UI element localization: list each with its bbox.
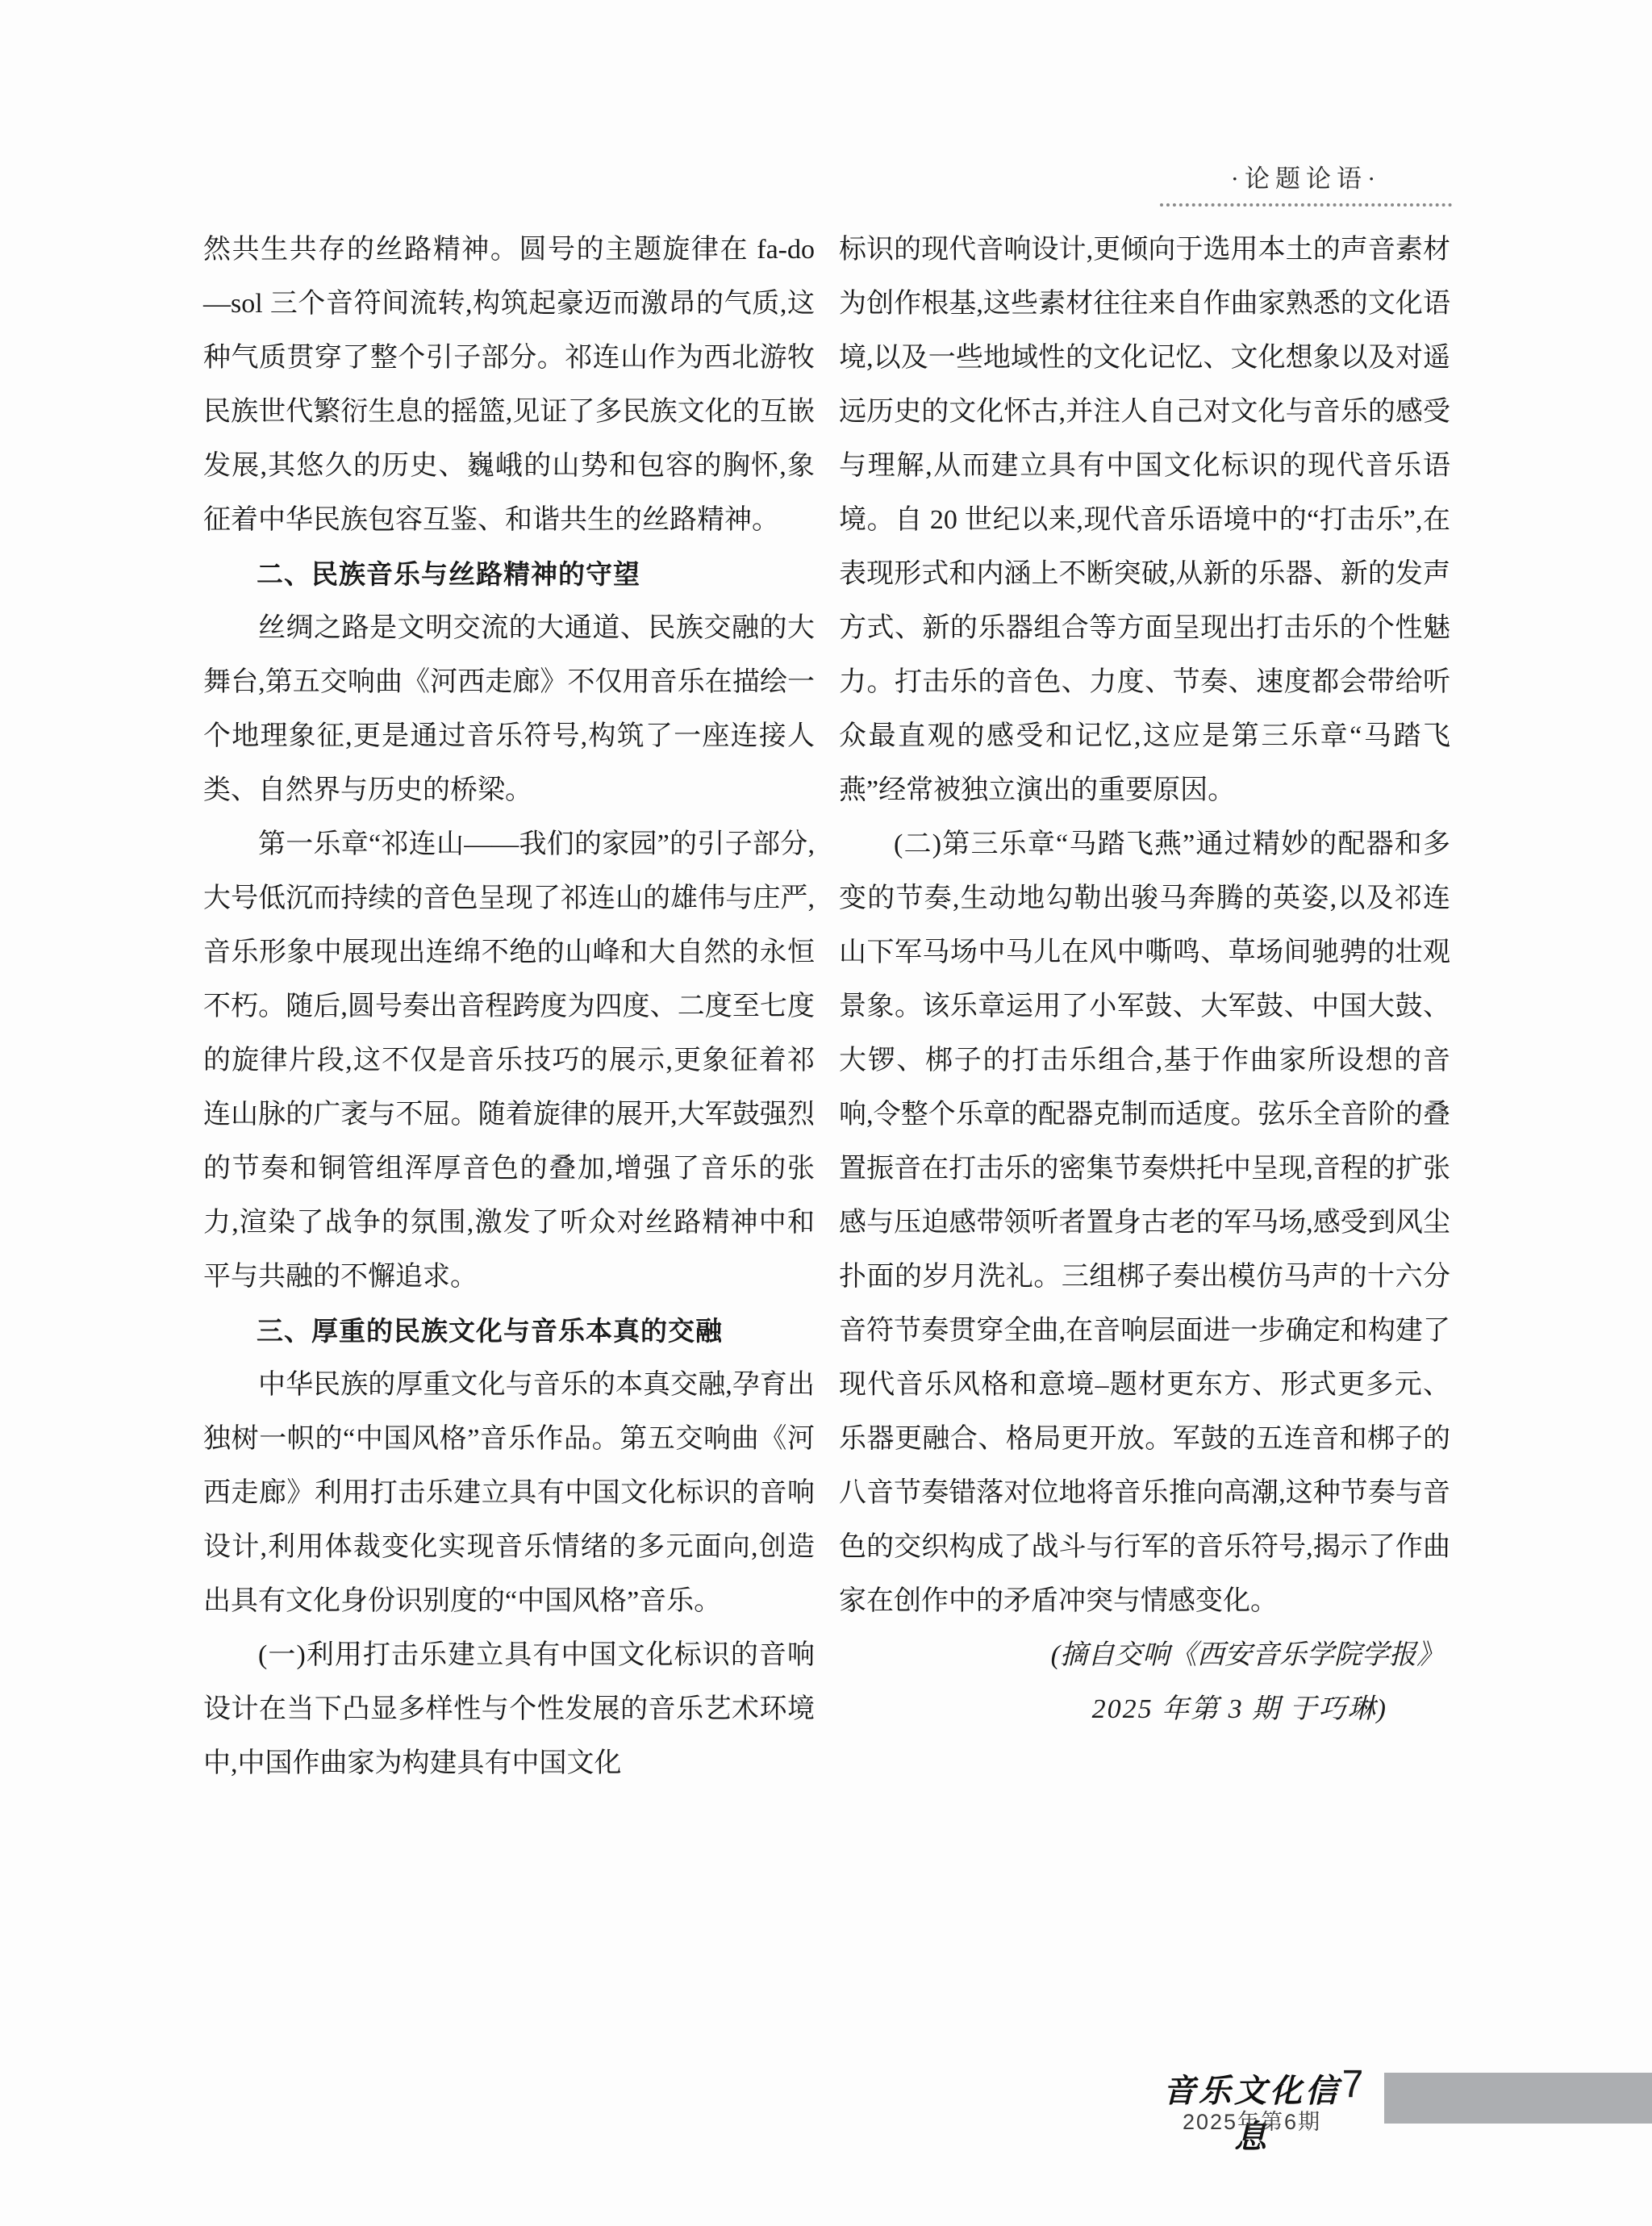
paragraph-chinese-style: 中华民族的厚重文化与音乐的本真交融,孕育出独树一帜的“中国风格”音乐作品。第五交… bbox=[203, 1358, 815, 1628]
header-dotted-rule bbox=[1160, 203, 1452, 207]
page-number: 7 bbox=[1325, 2062, 1381, 2107]
left-column: 然共生共存的丝路精神。圆号的主题旋律在 fa-do—sol 三个音符间流转,构筑… bbox=[203, 223, 815, 1790]
paragraph-first-movement: 第一乐章“祁连山——我们的家园”的引子部分,大号低沉而持续的音色呈现了祁连山的雄… bbox=[203, 817, 815, 1304]
section-heading-three: 三、厚重的民族文化与音乐本真的交融 bbox=[203, 1304, 815, 1358]
right-column: 标识的现代音响设计,更倾向于选用本土的声音素材为创作根基,这些素材往往来自作曲家… bbox=[839, 223, 1450, 1736]
footer-gray-bar bbox=[1384, 2073, 1652, 2124]
document-page: ·论题论语· 然共生共存的丝路精神。圆号的主题旋律在 fa-do—sol 三个音… bbox=[0, 0, 1652, 2226]
section-header-label: ·论题论语· bbox=[1160, 158, 1452, 194]
citation-line: 2025 年第 3 期 于巧琳) bbox=[839, 1682, 1450, 1736]
paragraph-continuation: 然共生共存的丝路精神。圆号的主题旋律在 fa-do—sol 三个音符间流转,构筑… bbox=[203, 223, 815, 547]
citation-line: (摘自交响《西安音乐学院学报》 bbox=[839, 1628, 1450, 1682]
paragraph-item-two: (二)第三乐章“马踏飞燕”通过精妙的配器和多变的节奏,生动地勾勒出骏马奔腾的英姿… bbox=[839, 817, 1450, 1628]
paragraph-continuation: 标识的现代音响设计,更倾向于选用本土的声音素材为创作根基,这些素材往往来自作曲家… bbox=[839, 223, 1450, 817]
journal-issue-label: 2025年第6期 bbox=[1155, 2104, 1349, 2136]
section-heading-two: 二、民族音乐与丝路精神的守望 bbox=[203, 547, 815, 601]
paragraph-item-one: (一)利用打击乐建立具有中国文化标识的音响设计在当下凸显多样性与个性发展的音乐艺… bbox=[203, 1628, 815, 1790]
paragraph-silk-road: 丝绸之路是文明交流的大通道、民族交融的大舞台,第五交响曲《河西走廊》不仅用音乐在… bbox=[203, 601, 815, 817]
